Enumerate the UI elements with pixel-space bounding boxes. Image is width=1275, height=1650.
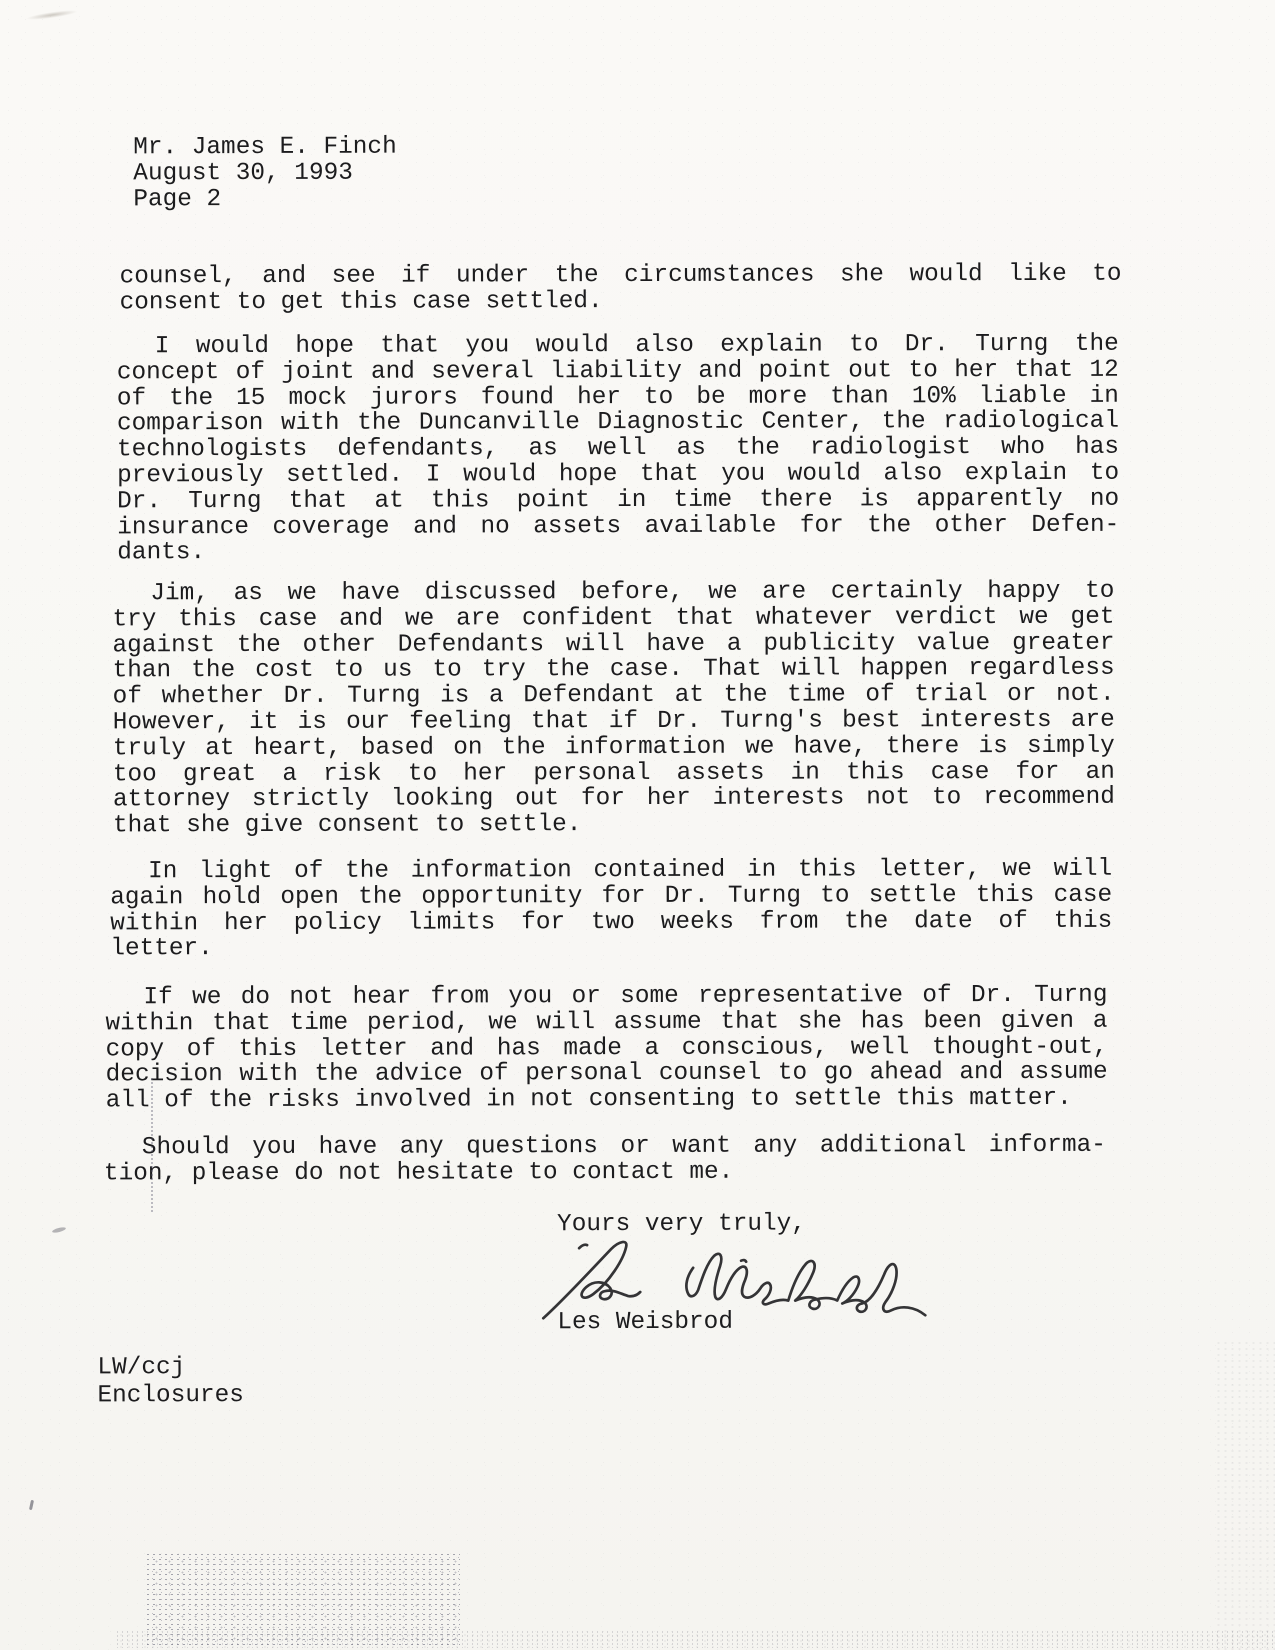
paper-crease-line: [151, 1078, 153, 1212]
text-line: technologists defendants, as well as the…: [117, 435, 1119, 463]
text-line: comparison with the Duncanville Diagnost…: [117, 409, 1119, 437]
text-line: However, it is our feeling that if Dr. T…: [113, 708, 1115, 736]
text-line: dants.: [117, 538, 1119, 566]
text-line: Should you have any questions or want an…: [104, 1133, 1106, 1161]
text-line: of the 15 mock jurors found her to be mo…: [117, 383, 1119, 411]
text-line: than the cost to us to try the case. Tha…: [113, 656, 1115, 684]
text-line: within that time period, we will assume …: [105, 1009, 1107, 1037]
recipient-name: Mr. James E. Finch: [133, 135, 397, 161]
text-line: concept of joint and several liability a…: [117, 358, 1119, 386]
text-line: attorney strictly looking out for her in…: [113, 785, 1115, 813]
letter-content: Mr. James E. Finch August 30, 1993 Page …: [0, 0, 1275, 1650]
text-line: of whether Dr. Turng is a Defendant at t…: [113, 682, 1115, 710]
text-line: Dr. Turng that at this point in time the…: [117, 487, 1119, 515]
text-line: insurance coverage and no assets availab…: [117, 512, 1119, 540]
letter-header: Mr. James E. Finch August 30, 1993 Page …: [133, 135, 397, 213]
reference-initials: LW/ccj: [97, 1354, 243, 1382]
text-line: too great a risk to her personal assets …: [113, 759, 1115, 787]
letter-body: counsel, and see if under the circumstan…: [0, 0, 1273, 2]
text-line: within her policy limits for two weeks f…: [110, 908, 1112, 936]
letter-date: August 30, 1993: [133, 160, 397, 186]
text-line: In light of the information contained in…: [110, 857, 1112, 885]
text-line: letter.: [110, 934, 1112, 962]
text-line: counsel, and see if under the circumstan…: [120, 262, 1122, 290]
text-line: I would hope that you would also explain…: [117, 332, 1119, 360]
text-line: copy of this letter and has made a consc…: [106, 1034, 1108, 1062]
text-line: If we do not hear from you or some repre…: [105, 983, 1107, 1011]
letter-paragraph: If we do not hear from you or some repre…: [105, 983, 1107, 1115]
text-line: against the other Defendants will have a…: [112, 630, 1114, 658]
letter-paragraph: Should you have any questions or want an…: [104, 1133, 1106, 1187]
text-line: previously settled. I would hope that yo…: [117, 461, 1119, 489]
text-line: that she give consent to settle.: [113, 811, 1115, 839]
text-line: tion, please do not hesitate to contact …: [104, 1159, 1106, 1187]
text-line: decision with the advice of personal cou…: [106, 1060, 1108, 1088]
enclosures-note: Enclosures: [97, 1382, 243, 1410]
letter-page: Mr. James E. Finch August 30, 1993 Page …: [0, 0, 1275, 1650]
text-line: all of the risks involved in not consent…: [106, 1086, 1108, 1114]
signed-name-typed: Les Weisbrod: [557, 1310, 733, 1336]
page-number: Page 2: [133, 186, 397, 212]
text-line: again hold open the opportunity for Dr. …: [110, 883, 1112, 911]
letter-paragraph: Jim, as we have discussed before, we are…: [112, 579, 1115, 840]
text-line: Jim, as we have discussed before, we are…: [112, 579, 1114, 607]
text-line: consent to get this case settled.: [120, 288, 1122, 316]
letter-paragraph: In light of the information contained in…: [110, 857, 1112, 963]
text-line: try this case and we are confident that …: [112, 605, 1114, 633]
footer-block: LW/ccj Enclosures: [97, 1354, 244, 1410]
letter-paragraph: counsel, and see if under the circumstan…: [120, 262, 1122, 316]
letter-paragraph: I would hope that you would also explain…: [117, 332, 1120, 567]
text-line: truly at heart, based on the information…: [113, 734, 1115, 762]
